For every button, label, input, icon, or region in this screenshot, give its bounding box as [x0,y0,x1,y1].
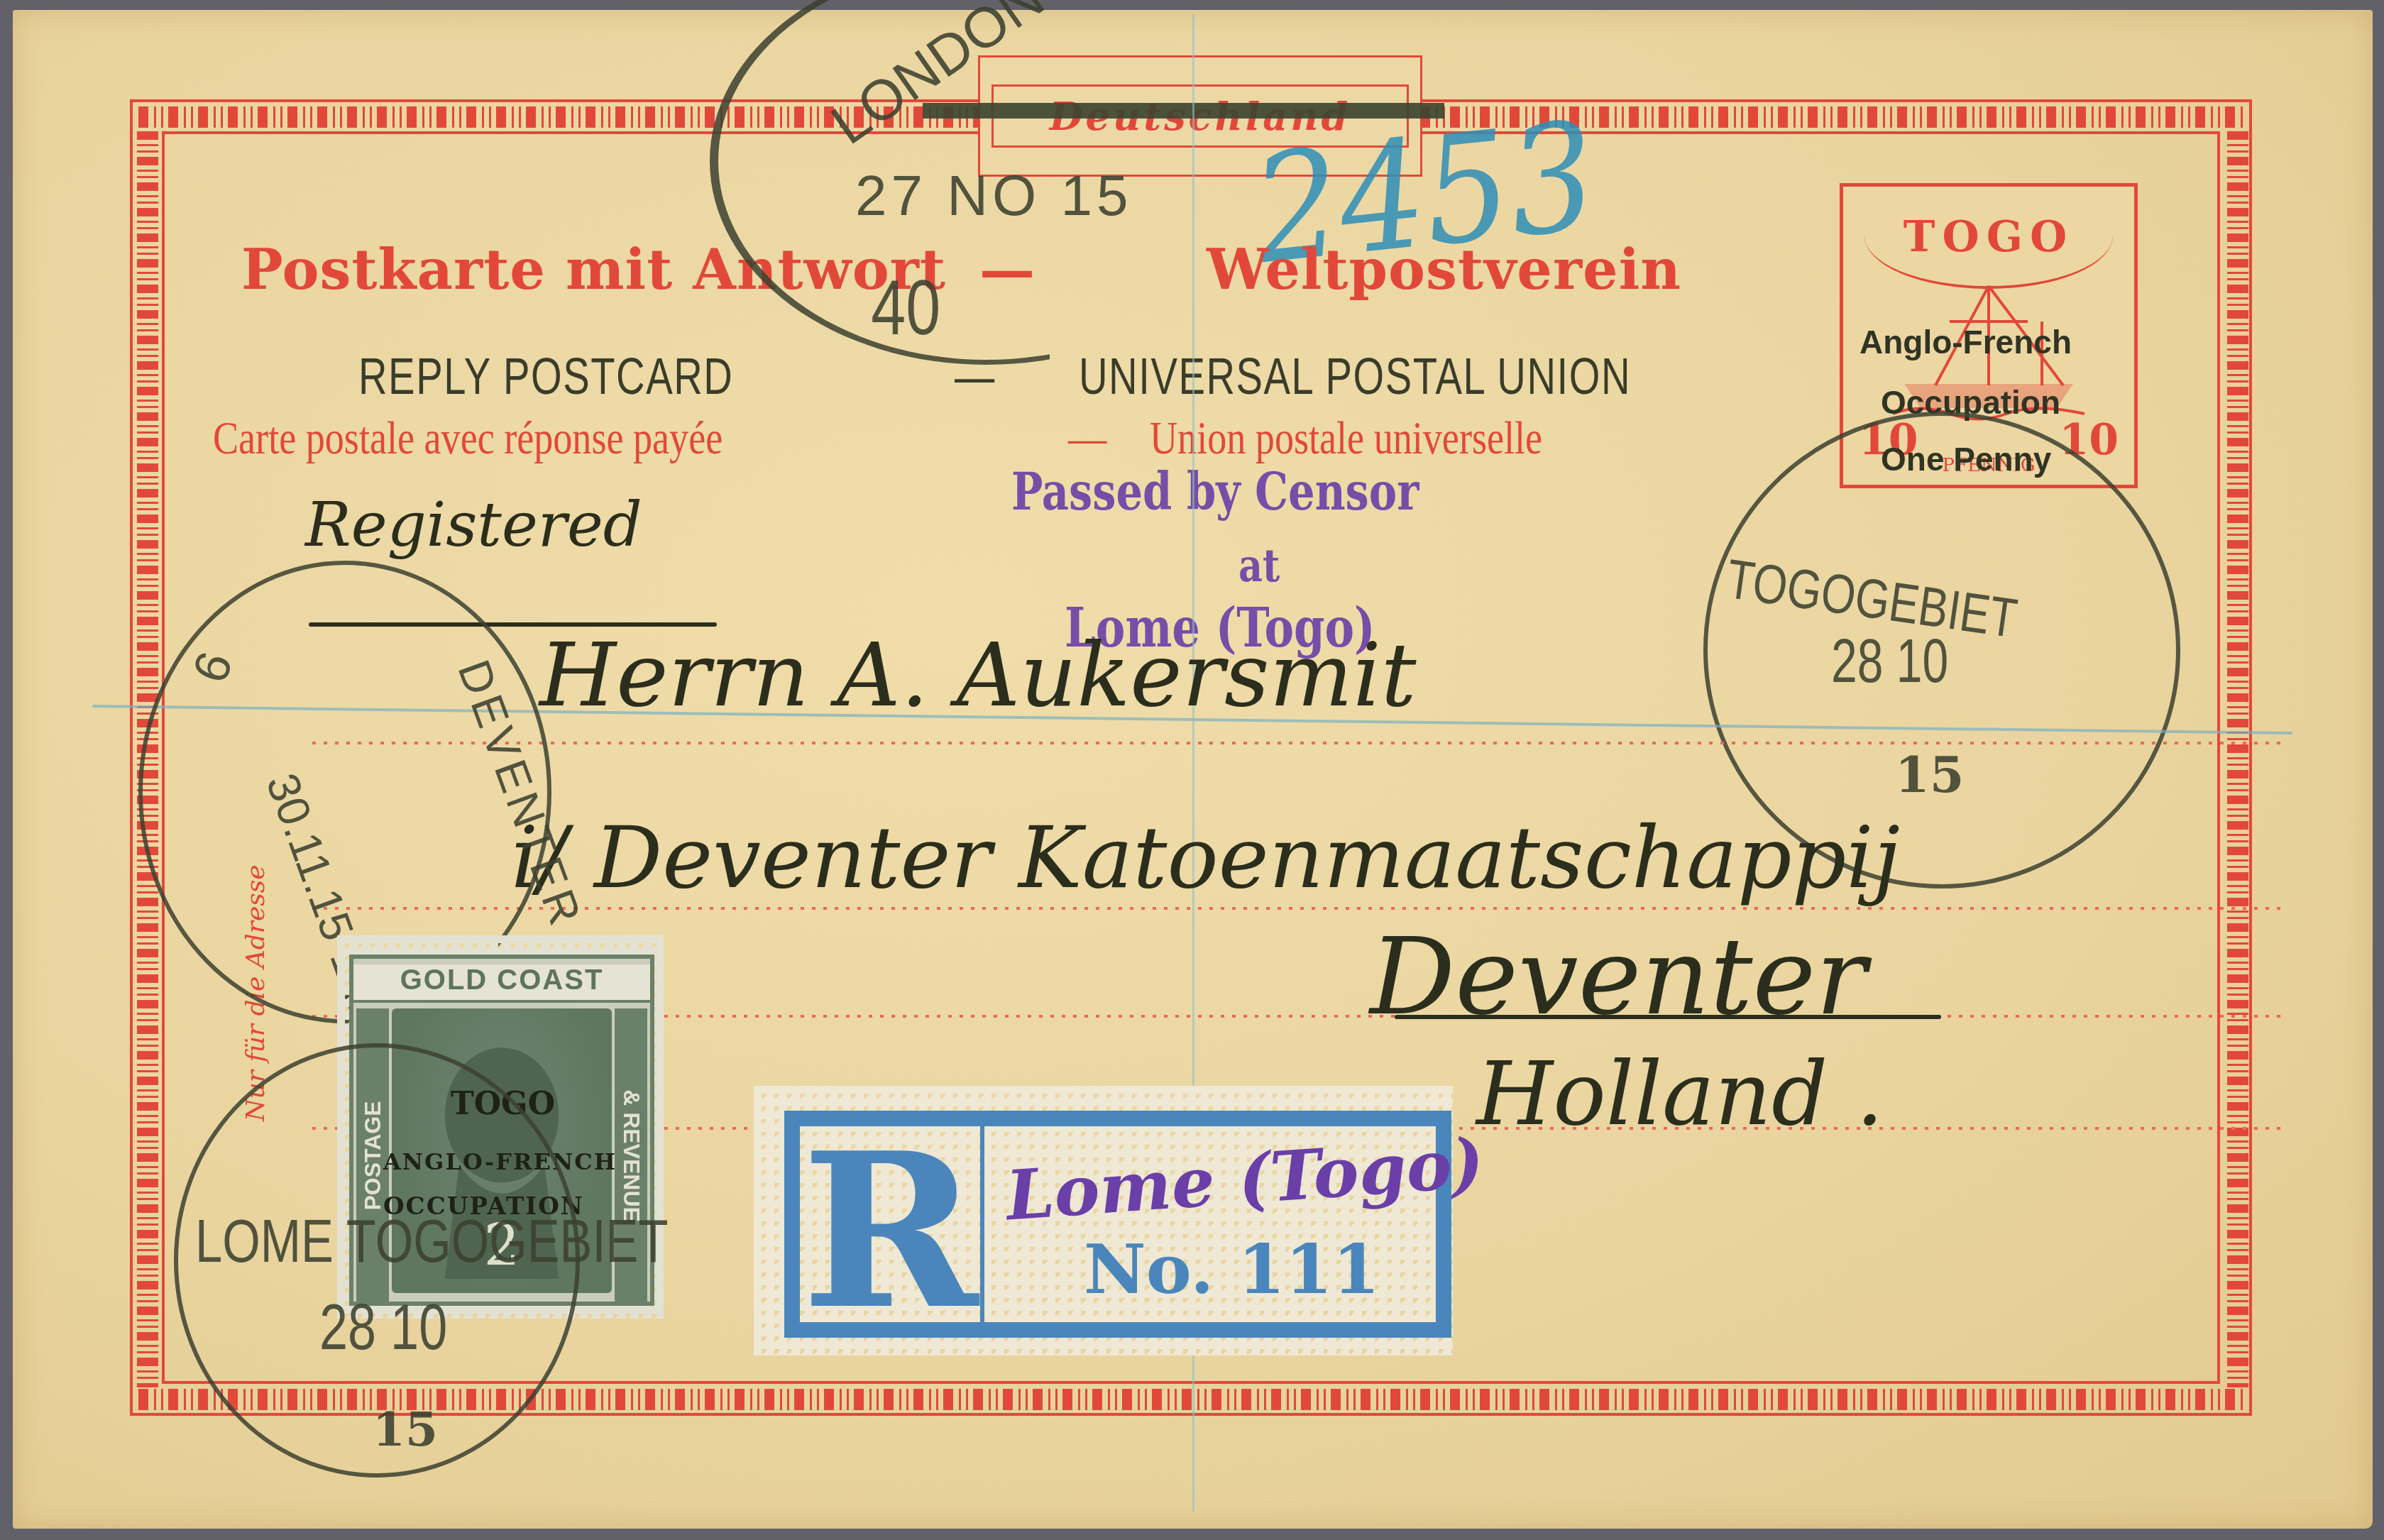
stamp-banner: TOGO [1864,201,2113,289]
lome-postmark-right-year: 15 [1895,745,1964,804]
address-line-1: Herrn A. Aukersmit [539,625,1417,727]
stamp-country: TOGO [1904,212,2074,262]
registration-number: No. 111 [1084,1229,1380,1309]
address-line-2: i/ Deventer Katoenmaatschappij [511,809,1900,908]
lome-postmark-left-date: 28 10 [319,1292,447,1365]
registration-letter-cell: R [800,1126,984,1322]
address-line-3: Deventer [1370,915,1867,1039]
address-line-4: Holland . [1476,1043,1884,1145]
lome-postmark-right-date: 28 10 [1831,625,1948,697]
handwritten-registered: Registered [305,490,642,561]
title-french: Carte postale avec réponse payée [213,412,723,466]
title-german-right: Weltpostverein [1207,238,1681,302]
title-english-right: UNIVERSAL POSTAL UNION [1079,348,1631,406]
address-line-rule-1 [312,742,2285,744]
lome-postmark-left-text: LOME TOGOGEBIET [195,1206,669,1277]
city-underline [1395,1015,1941,1019]
registration-label: R Lome (Togo) No. 111 [784,1111,1451,1338]
overprint-line-1: Anglo-French [1860,323,2072,361]
london-postmark-date: 27 NO 15 [855,163,1132,229]
censor-line-2: at [1238,539,1280,593]
registration-letter: R [801,1125,978,1338]
censor-line-1: Passed by Censor [1011,461,1419,522]
registration-place: Lome (Togo) [1004,1123,1486,1236]
london-postmark-number: 40 [871,263,940,353]
title-english: REPLY POSTCARD [358,348,733,406]
frame-ticks-right [2227,131,2248,1387]
title-french-sep: — [1068,412,1106,466]
lome-postmark-left-year: 15 [373,1402,438,1457]
title-french-right: Union postale universelle [1150,412,1542,466]
gold-coast-stamp-title: GOLD COAST [353,964,650,1003]
